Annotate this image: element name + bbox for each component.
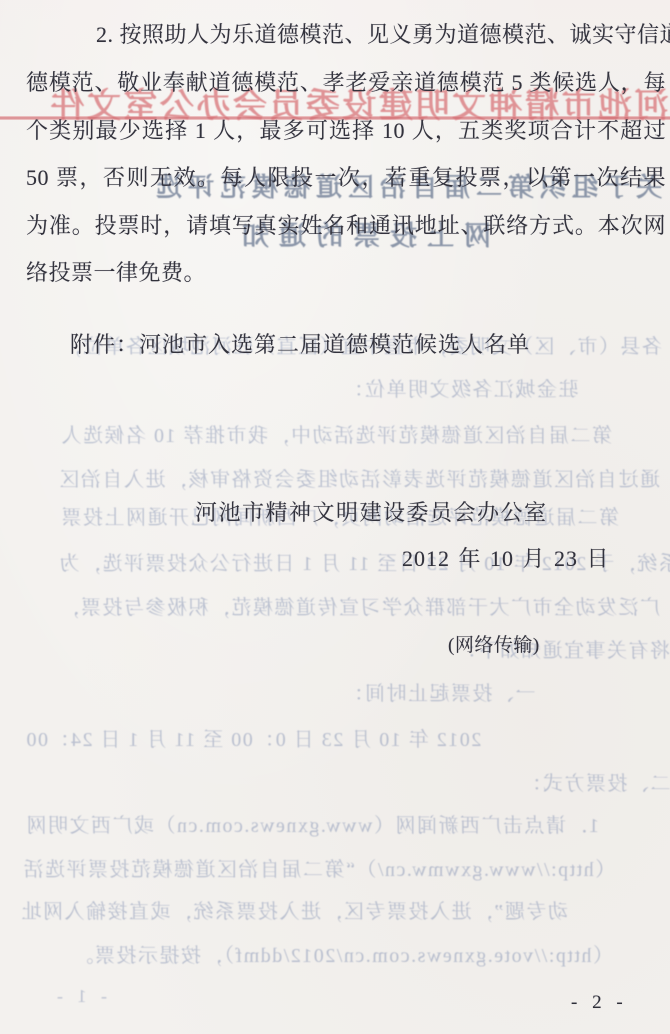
issuing-office: 河池市精神文明建设委员会办公室 [195, 498, 548, 528]
bleedthrough-line: 1．请点击广西新闻网（www.gxnews.com.cn）或广西文明网 [25, 809, 599, 838]
paragraph-line: 为准。投票时，请填写真实姓名和通讯地址、联络方式。本次网 [26, 211, 666, 241]
bleedthrough-line: 二、投票方式： [520, 767, 670, 796]
attachment-line: 附件：河池市入选第二届道德模范候选人名单 [70, 330, 530, 360]
paragraph-line: 2. 按照助人为乐道德模范、见义勇为道德模范、诚实守信道 [26, 20, 666, 50]
paragraph-line: 络投票一律免费。 [26, 258, 666, 288]
transmission-note: (网络传输) [448, 631, 540, 661]
bleedthrough-line: 通过自治区道德模范评选表彰活动组委会资格审核，进入自治区 [58, 463, 660, 492]
bleedthrough-line: （http://vote.gxnews.com.cn/2012/ddmf），按提… [72, 939, 613, 968]
issue-date: 2012 年 10 月 23 日 [402, 544, 610, 574]
bleedthrough-line: （http://www.gxwmw.cn/）“第二届自治区道德模范投票评选活 [22, 853, 615, 882]
bleedthrough-line: 第二届自治区道德模范评选活动中，我市推荐 10 名候选人 [60, 419, 612, 448]
bleedthrough-page-number: - 1 - [52, 986, 107, 1007]
scanned-document-page: 河池市精神文明建设委员会办公室文件 关于组织第二届自治区道德模范评选 网上投票的… [0, 0, 670, 1034]
bleedthrough-line: 广泛发动全市广大干部群众学习宣传道德模范，积极参与投票， [58, 591, 660, 620]
bleedthrough-line: 动专题”，进入投票专区，进入投票系统，或直接输入网址 [20, 895, 568, 924]
bleedthrough-line: 一、投票起止时间： [342, 677, 536, 706]
paragraph-line: 德模范、敬业奉献道德模范、孝老爱亲道德模范 5 类候选人，每 [26, 68, 666, 98]
bleedthrough-line: 驻金城江各级文明单位： [342, 373, 579, 402]
paragraph-line: 50 票，否则无效。每人限投一次，若重复投票，以第一次结果 [26, 163, 666, 193]
paragraph-line: 个类别最少选择 1 人，最多可选择 10 人，五类奖项合计不超过 [26, 116, 666, 146]
page-number: - 2 - [571, 988, 628, 1018]
bleedthrough-line: 2012 年 10 月 23 日 0：00 至 11 月 1 日 24：00 [25, 723, 481, 752]
